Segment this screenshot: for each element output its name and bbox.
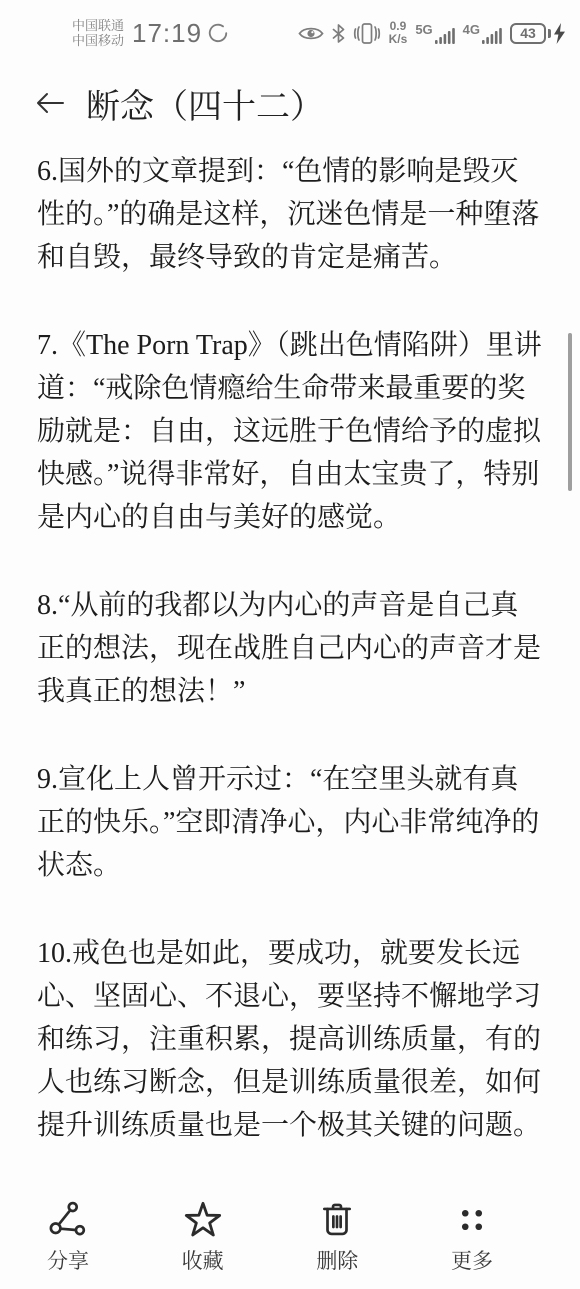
signal-bars-icon	[435, 27, 455, 44]
status-bar: 中国联通 中国移动 17:19	[0, 0, 580, 56]
carrier-1: 中国联通	[72, 18, 124, 33]
paragraph-6: 6.国外的文章提到：“色情的影响是毁灭性的。”的确是这样，沉迷色情是一种堕落和自…	[37, 150, 543, 279]
delete-label: 删除	[316, 1245, 358, 1275]
share-label: 分享	[47, 1245, 89, 1275]
signal-5g-label: 5G	[415, 22, 432, 37]
paragraph-8: 8.“从前的我都以为内心的声音是自己真正的想法，现在战胜自己内心的声音才是我真正…	[37, 584, 543, 713]
delete-button[interactable]: 删除	[291, 1200, 383, 1275]
bluetooth-icon	[332, 24, 345, 43]
trash-icon	[318, 1200, 356, 1240]
more-icon	[454, 1200, 490, 1240]
battery-percent: 43	[520, 25, 536, 41]
vibrate-icon	[353, 23, 381, 44]
clock-time: 17:19	[132, 18, 202, 49]
bottom-toolbar: 分享 收藏 删除 更多	[0, 1193, 580, 1289]
eye-comfort-icon	[298, 25, 324, 42]
more-label: 更多	[451, 1245, 493, 1275]
signal-5g: 5G	[415, 22, 454, 44]
header: 断念（四十二）	[0, 56, 580, 128]
signal-4g: 4G	[463, 22, 502, 44]
share-icon	[49, 1200, 87, 1240]
paragraph-10: 10.戒色也是如此，要成功，就要发长远心、坚固心、不退心，要坚持不懈地学习和练习…	[37, 932, 543, 1147]
signal-bars-icon	[482, 27, 502, 44]
paragraph-7: 7.《The Porn Trap》（跳出色情陷阱）里讲道：“戒除色情瘾给生命带来…	[37, 324, 543, 539]
back-button[interactable]	[34, 90, 66, 116]
share-button[interactable]: 分享	[22, 1200, 114, 1275]
back-arrow-icon	[34, 90, 66, 116]
paragraph-9: 9.宣化上人曾开示过：“在空里头就有真正的快乐。”空即清净心，内心非常纯净的状态…	[37, 758, 543, 887]
battery-level: 43	[510, 23, 546, 44]
carrier-labels: 中国联通 中国移动	[72, 18, 124, 48]
network-speed: 0.9 K/s	[389, 20, 408, 46]
battery-nub	[548, 29, 551, 38]
carrier-2: 中国移动	[72, 33, 124, 48]
more-button[interactable]: 更多	[426, 1200, 518, 1275]
network-speed-unit: K/s	[389, 33, 408, 46]
battery-indicator: 43	[510, 23, 566, 44]
favorite-label: 收藏	[182, 1245, 224, 1275]
article-body: 6.国外的文章提到：“色情的影响是毁灭性的。”的确是这样，沉迷色情是一种堕落和自…	[0, 128, 580, 1147]
sync-icon	[207, 22, 229, 44]
charging-bolt-icon	[553, 23, 566, 44]
signal-4g-label: 4G	[463, 22, 480, 37]
scrollbar-thumb[interactable]	[568, 333, 572, 491]
star-icon	[182, 1200, 224, 1240]
favorite-button[interactable]: 收藏	[157, 1200, 249, 1275]
page-title: 断念（四十二）	[86, 79, 324, 128]
